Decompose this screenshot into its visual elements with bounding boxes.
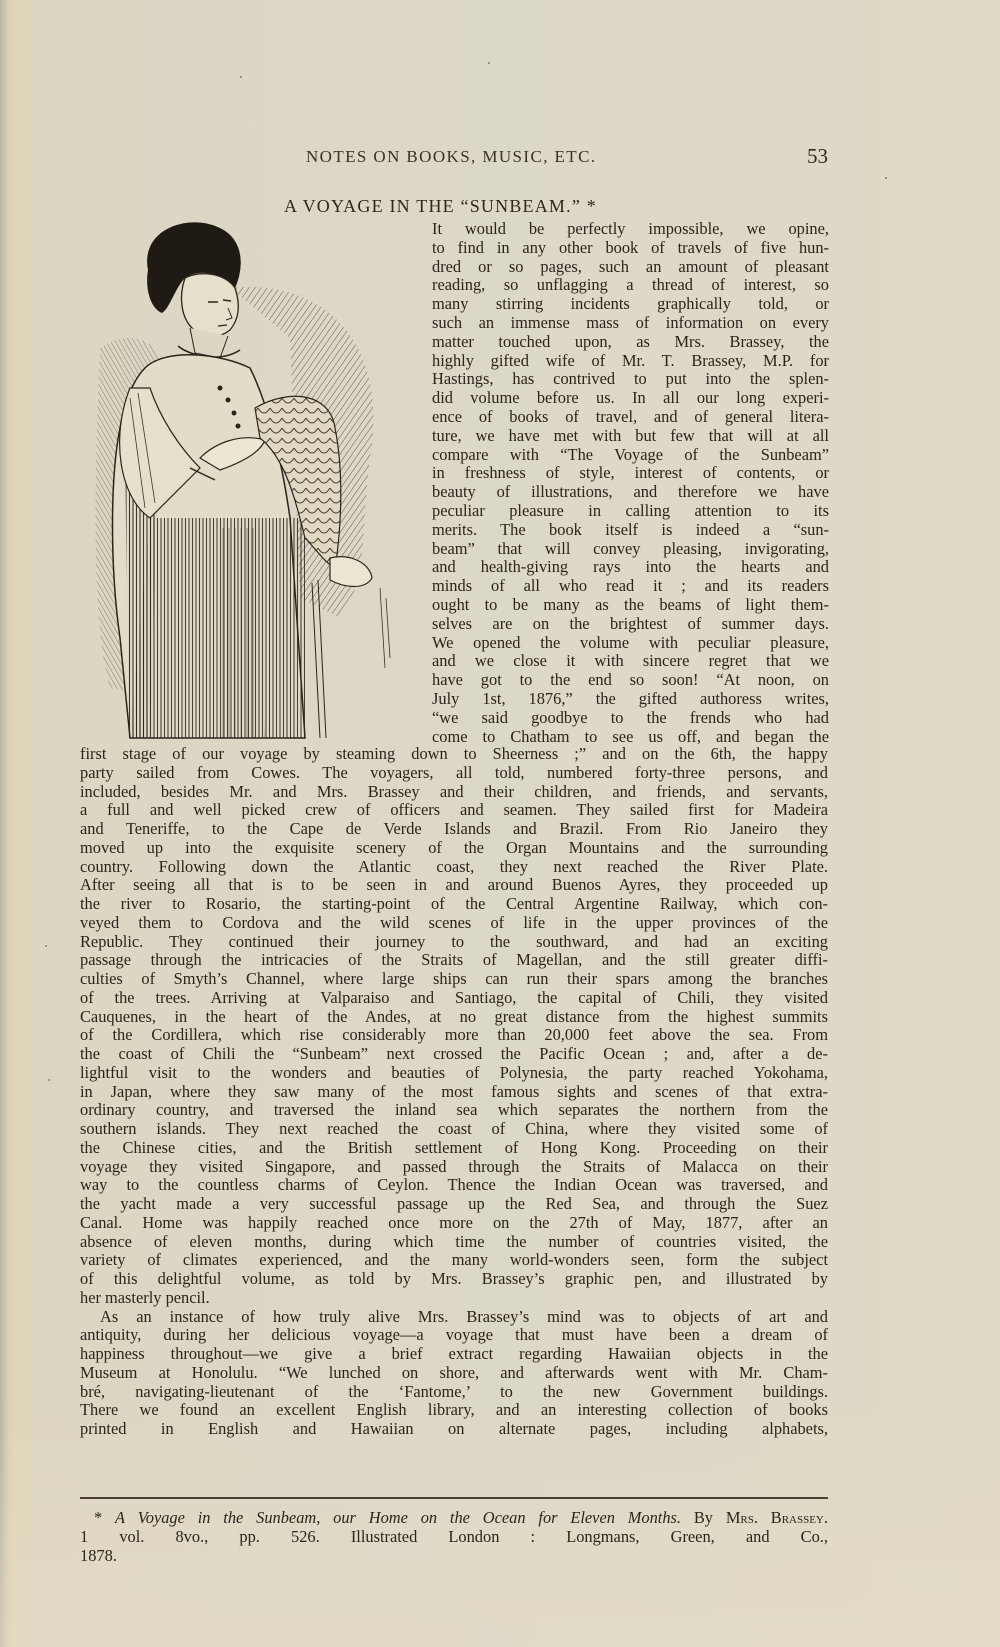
text-line: Cauquenes, in the heart of the Andes, at… xyxy=(80,1008,828,1027)
text-line: minds of all who read it ; and its reade… xyxy=(432,577,829,596)
text-line: a full and well picked crew of officers … xyxy=(80,801,828,820)
text-line: selves are on the brightest of summer da… xyxy=(432,615,829,634)
footnote-author: Mrs. Brassey. xyxy=(726,1508,828,1527)
text-line: the river to Rosario, the starting-point… xyxy=(80,895,828,914)
text-line: ordinary country, and traversed the inla… xyxy=(80,1101,828,1120)
paragraph-2-line: happiness throughout—we give a brief ext… xyxy=(80,1345,828,1364)
text-line: in freshness of style, interest of conte… xyxy=(432,464,829,483)
text-line: the coast of Chili the “Sunbeam” next cr… xyxy=(80,1045,828,1064)
text-line: way to the countless charms of Ceylon. T… xyxy=(80,1176,828,1195)
paragraph-2-line: bré, navigating-lieutenant of the ‘Fanto… xyxy=(80,1383,828,1402)
footnote-year: 1878. xyxy=(80,1547,828,1566)
text-line: beauty of illustrations, and therefore w… xyxy=(432,483,829,502)
paragraph-2-line: Museum at Honolulu. “We lunched on shore… xyxy=(80,1364,828,1383)
text-line: have got to the end so soon! “At noon, o… xyxy=(432,671,829,690)
text-line: ence of books of travel, and of general … xyxy=(432,408,829,427)
text-line: beam” that will convey pleasing, invigor… xyxy=(432,540,829,559)
footnote-marker: * xyxy=(80,1508,102,1527)
text-line: merits. The book itself is indeed a “sun… xyxy=(432,521,829,540)
paper-speck xyxy=(488,62,490,64)
text-line: such an immense mass of information on e… xyxy=(432,314,829,333)
text-line: the Chinese cities, and the British sett… xyxy=(80,1139,828,1158)
text-line: veyed them to Cordova and the wild scene… xyxy=(80,914,828,933)
text-line: southern islands. They next reached the … xyxy=(80,1120,828,1139)
text-line: lightful visit to the wonders and beauti… xyxy=(80,1064,828,1083)
text-line: We opened the volume with peculiar pleas… xyxy=(432,634,829,653)
text-line: passage through the intricacies of the S… xyxy=(80,951,828,970)
article-body-full: first stage of our voyage by steaming do… xyxy=(80,745,828,1439)
text-line: matter touched upon, as Mrs. Brassey, th… xyxy=(432,333,829,352)
binding-edge xyxy=(0,0,8,1647)
text-line: and we close it with sincere regret that… xyxy=(432,652,829,671)
page-number: 53 xyxy=(807,144,828,169)
text-line: and Teneriffe, to the Cape de Verde Isla… xyxy=(80,820,828,839)
text-line: many stirring incidents graphically told… xyxy=(432,295,829,314)
text-line: included, besides Mr. and Mrs. Brassey a… xyxy=(80,783,828,802)
paragraph-2-line: There we found an excellent English libr… xyxy=(80,1401,828,1420)
text-line: absence of eleven months, during which t… xyxy=(80,1233,828,1252)
footnote-book-title: A Voyage in the Sunbeam, our Home on the… xyxy=(115,1508,681,1527)
text-line: Hastings, has contrived to put into the … xyxy=(432,370,829,389)
paragraph-2-line: printed in English and Hawaiian on alter… xyxy=(80,1420,828,1439)
text-line: After seeing all that is to be seen in a… xyxy=(80,876,828,895)
paragraph-2-line: antiquity, during her delicious voyage—a… xyxy=(80,1326,828,1345)
article-title: A VOYAGE IN THE “SUNBEAM.” * xyxy=(284,196,597,217)
text-line: and health-giving rays into the hearts a… xyxy=(432,558,829,577)
text-line: first stage of our voyage by steaming do… xyxy=(80,745,828,764)
text-line: voyage they visited Singapore, and passe… xyxy=(80,1158,828,1177)
text-line: ought to be many as the beams of light t… xyxy=(432,596,829,615)
text-line: peculiar pleasure in calling attention t… xyxy=(432,502,829,521)
footnote: * A Voyage in the Sunbeam, our Home on t… xyxy=(80,1509,828,1565)
running-head: NOTES ON BOOKS, MUSIC, ETC. xyxy=(306,147,596,167)
paper-speck xyxy=(45,945,47,947)
text-line: to find in any other book of travels of … xyxy=(432,239,829,258)
text-line: the yacht made a very successful passage… xyxy=(80,1195,828,1214)
text-line: of this delightful volume, as told by Mr… xyxy=(80,1270,828,1289)
text-line: country. Following down the Atlantic coa… xyxy=(80,858,828,877)
text-line: Republic. They continued their journey t… xyxy=(80,933,828,952)
paper-speck xyxy=(48,1079,50,1081)
text-line: in Japan, where they saw many of the mos… xyxy=(80,1083,828,1102)
text-line: party sailed from Cowes. The voyagers, a… xyxy=(80,764,828,783)
text-line: reading, so unflagging a thread of inter… xyxy=(432,276,829,295)
text-line: of the trees. Arriving at Valparaiso and… xyxy=(80,989,828,1008)
text-line: variety of climates experienced, and the… xyxy=(80,1251,828,1270)
text-line: did volume before us. In all our long ex… xyxy=(432,389,829,408)
paper-speck xyxy=(885,177,887,179)
paper-speck xyxy=(240,76,242,78)
text-line: It would be perfectly impossible, we opi… xyxy=(432,220,829,239)
text-line: dred or so pages, such an amount of plea… xyxy=(432,258,829,277)
footnote-line-1: * A Voyage in the Sunbeam, our Home on t… xyxy=(80,1509,828,1528)
text-line: her masterly pencil. xyxy=(80,1289,828,1308)
text-line: ture, we have met with but few that will… xyxy=(432,427,829,446)
footnote-by: By xyxy=(694,1508,713,1527)
footnote-divider xyxy=(80,1497,828,1499)
text-line: highly gifted wife of Mr. T. Brassey, M.… xyxy=(432,352,829,371)
text-line: compare with “The Voyage of the Sunbeam” xyxy=(432,446,829,465)
article-body-wrapped: It would be perfectly impossible, we opi… xyxy=(432,220,829,746)
text-line: Canal. Home was happily reached once mor… xyxy=(80,1214,828,1233)
text-line: July 1st, 1876,” the gifted authoress wr… xyxy=(432,690,829,709)
text-line: moved up into the exquisite scenery of t… xyxy=(80,839,828,858)
text-line: culties of Smyth’s Channel, where large … xyxy=(80,970,828,989)
engraving-portrait-icon xyxy=(90,218,415,744)
text-line: “we said goodbye to the frends who had xyxy=(432,709,829,728)
paragraph-2-line: As an instance of how truly alive Mrs. B… xyxy=(80,1308,828,1327)
text-line: of the Cordillera, which rise considerab… xyxy=(80,1026,828,1045)
footnote-line-2: 1 vol. 8vo., pp. 526. Illustrated London… xyxy=(80,1528,828,1547)
